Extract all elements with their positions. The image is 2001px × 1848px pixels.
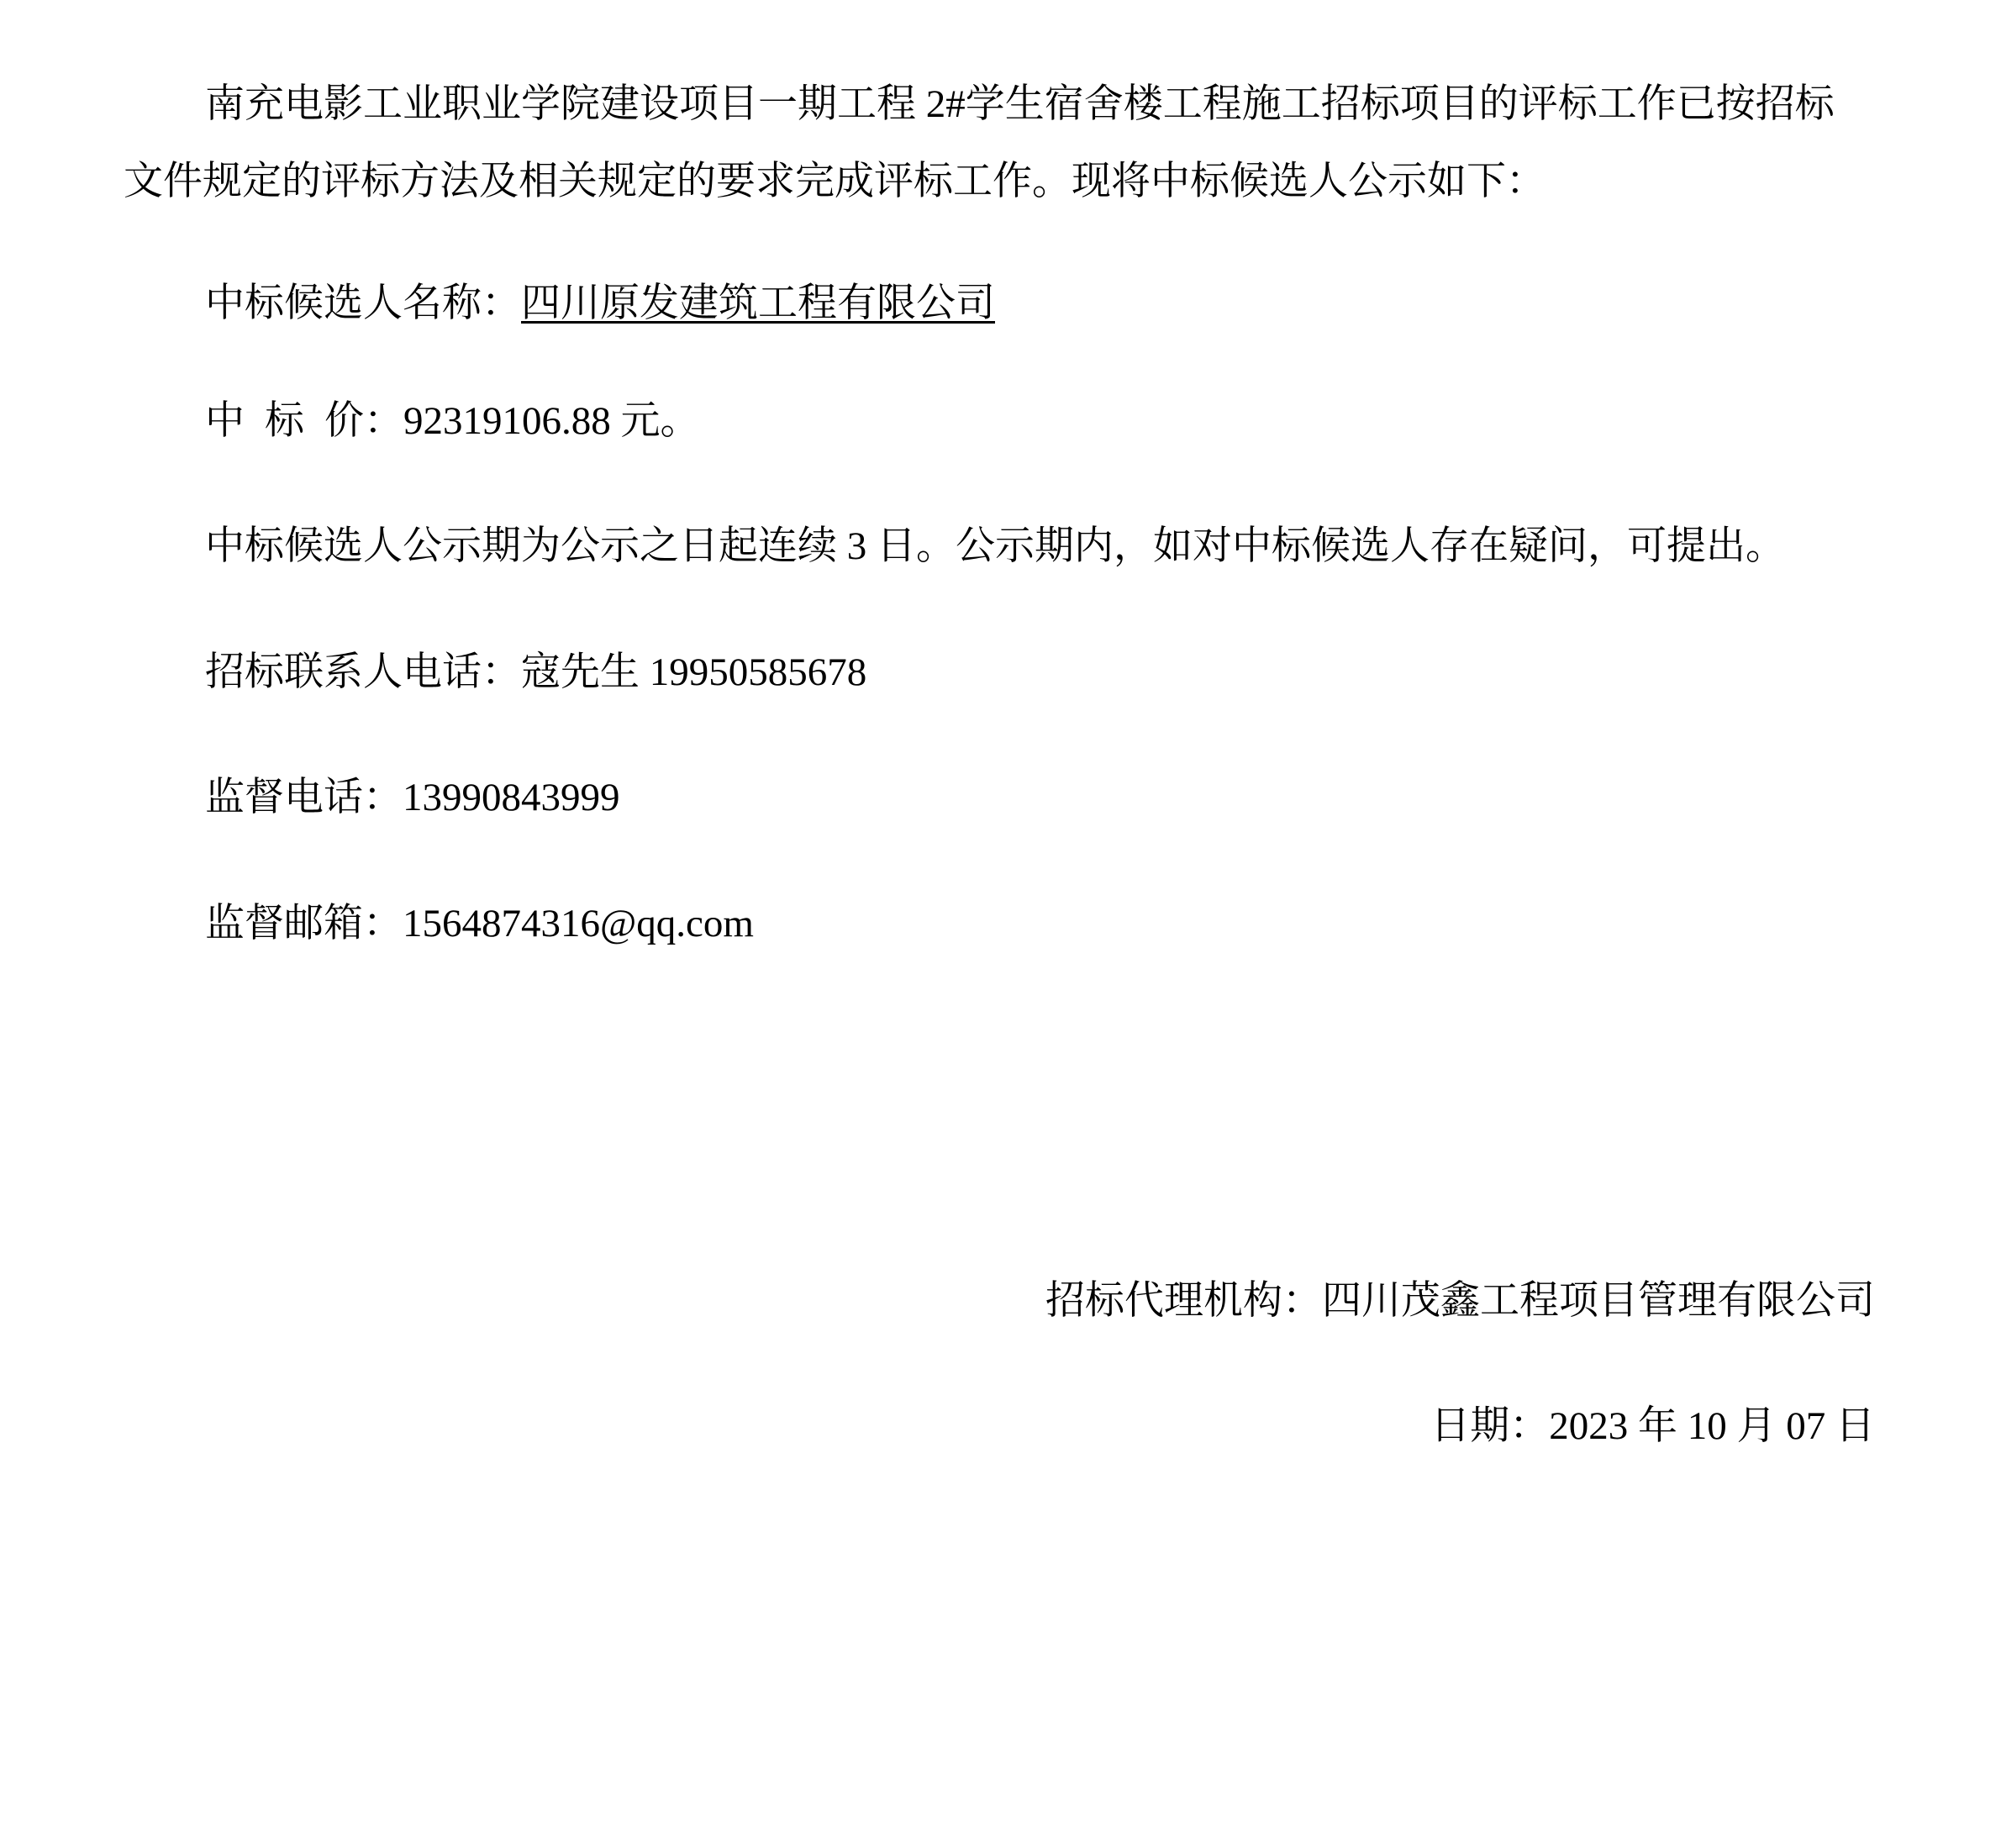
price-value: 92319106.88 — [403, 399, 611, 443]
date-month: 10 — [1688, 1404, 1727, 1448]
candidate-label: 中标候选人名称： — [205, 282, 521, 325]
intro-paragraph: 南充电影工业职业学院建设项目一期工程 2#学生宿舍楼工程施工招标项目的评标工作已… — [124, 66, 1888, 220]
date-line: 日期：2023 年 10 月 07 日 — [1430, 1401, 1875, 1451]
price-unit: 元。 — [621, 399, 700, 443]
supervision-email-value: 1564874316@qq.com — [403, 902, 754, 945]
supervision-phone-label: 监督电话： — [205, 776, 403, 819]
date-month-unit: 月 — [1737, 1404, 1777, 1448]
date-day-unit: 日 — [1835, 1404, 1875, 1448]
agency-line: 招标代理机构：四川茂鑫工程项目管理有限公司 — [1045, 1276, 1875, 1326]
candidate-line: 中标候选人名称：四川原发建筑工程有限公司 — [205, 278, 995, 329]
candidate-name: 四川原发建筑工程有限公司 — [521, 282, 995, 325]
intro-line-2: 文件规定的评标方法及相关规定的要求完成评标工作。现将中标候选人公示如下： — [124, 143, 1888, 220]
agency-label: 招标代理机构： — [1045, 1279, 1322, 1323]
agency-name: 四川茂鑫工程项目管理有限公司 — [1322, 1279, 1875, 1323]
document-page: 南充电影工业职业学院建设项目一期工程 2#学生宿舍楼工程施工招标项目的评标工作已… — [0, 0, 2001, 1848]
price-line: 中标价：92319106.88 元。 — [205, 396, 700, 446]
price-label: 中标价 — [205, 399, 384, 443]
supervision-phone-value: 13990843999 — [403, 776, 620, 819]
date-year: 2023 — [1549, 1404, 1628, 1448]
price-colon: ： — [364, 399, 403, 443]
supervision-email-line: 监督邮箱：1564874316@qq.com — [205, 898, 754, 949]
supervision-email-label: 监督邮箱： — [205, 902, 403, 945]
contact-line: 招标联系人电话：寇先生 19950585678 — [205, 647, 866, 698]
date-year-unit: 年 — [1638, 1404, 1677, 1448]
contact-label: 招标联系人电话： — [205, 650, 521, 694]
date-day: 07 — [1786, 1404, 1825, 1448]
contact-phone: 19950585678 — [650, 650, 867, 694]
contact-person: 寇先生 — [521, 650, 640, 694]
intro-line-1: 南充电影工业职业学院建设项目一期工程 2#学生宿舍楼工程施工招标项目的评标工作已… — [124, 66, 1888, 143]
notice-period-line: 中标候选人公示期为公示之日起连续 3 日。公示期内，如对中标候选人存在疑问，可提… — [205, 521, 1785, 571]
date-label: 日期： — [1430, 1404, 1549, 1448]
supervision-phone-line: 监督电话：13990843999 — [205, 772, 620, 823]
